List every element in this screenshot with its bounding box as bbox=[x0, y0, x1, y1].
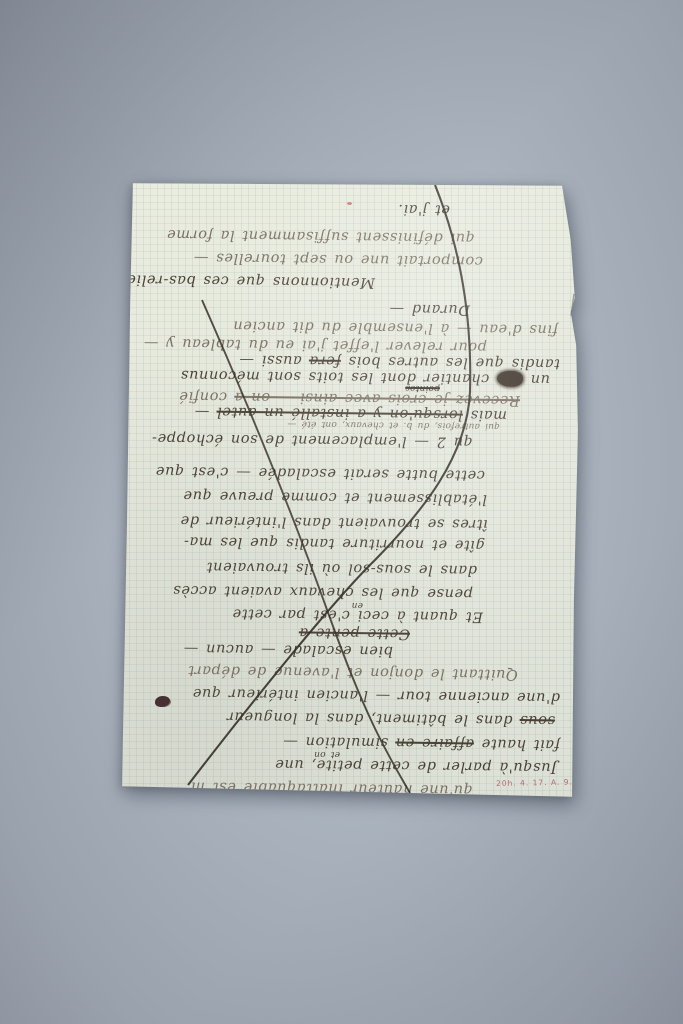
photo-of-manuscript: et j'ai.qui définissent suffisamment la … bbox=[0, 0, 683, 1024]
manuscript-line: Quittant le donjon et l'avenue de départ bbox=[150, 659, 518, 683]
manuscript-line: Durand — bbox=[395, 298, 470, 319]
manuscript-line: d'une ancienne tour — l'ancien intérieur… bbox=[148, 681, 560, 706]
manuscript-line: et on bbox=[300, 748, 340, 759]
manuscript-line: et j'ai. bbox=[352, 197, 450, 218]
manuscript-line: dans le sous-sol où ils trouvaient bbox=[142, 555, 477, 579]
manuscript-line: îtres se trouvaient dans l'intérieur de bbox=[140, 509, 488, 533]
manuscript-line: l'établissement et comme preuve que bbox=[142, 484, 487, 508]
manuscript-page: et j'ai.qui définissent suffisamment la … bbox=[122, 182, 578, 798]
manuscript-line: qu 2 — l'emplacement de son échoppe- bbox=[145, 427, 473, 451]
paper-sheet: et j'ai.qui définissent suffisamment la … bbox=[122, 182, 578, 798]
manuscript-line: en bbox=[343, 599, 363, 610]
manuscript-line: bien escalade — aucun — bbox=[240, 638, 393, 660]
manuscript-line: qui définissent suffisamment la forme bbox=[145, 223, 475, 247]
manuscript-line: fait haute affaire en simulation — bbox=[145, 728, 560, 753]
archival-number: 20h. 4. 17. A. 9. 7. 4 bbox=[496, 777, 595, 788]
manuscript-line: Jusqu'à parler de cette petite, une bbox=[150, 752, 557, 777]
manuscript-line: comportait une ou sept tourelles — bbox=[158, 246, 483, 270]
scribbled-out-word: xxx bbox=[496, 371, 523, 387]
manuscript-line: sous dans le bâtiment, dans la longueur bbox=[150, 705, 555, 730]
red-speck bbox=[347, 202, 352, 205]
manuscript-line: qu'une hauteur inattaquable est m bbox=[158, 775, 473, 799]
edge-chip-marks bbox=[569, 208, 578, 347]
manuscript-line: gîte et nourriture tandis que les ma- bbox=[147, 530, 485, 554]
manuscript-line: Mentionnons que ces bas-reliefs bbox=[150, 269, 375, 292]
manuscript-line: pense que les chevaux avaient accès bbox=[198, 579, 473, 602]
manuscript-line: cette butte serait escaladée — c'est que bbox=[148, 460, 485, 484]
